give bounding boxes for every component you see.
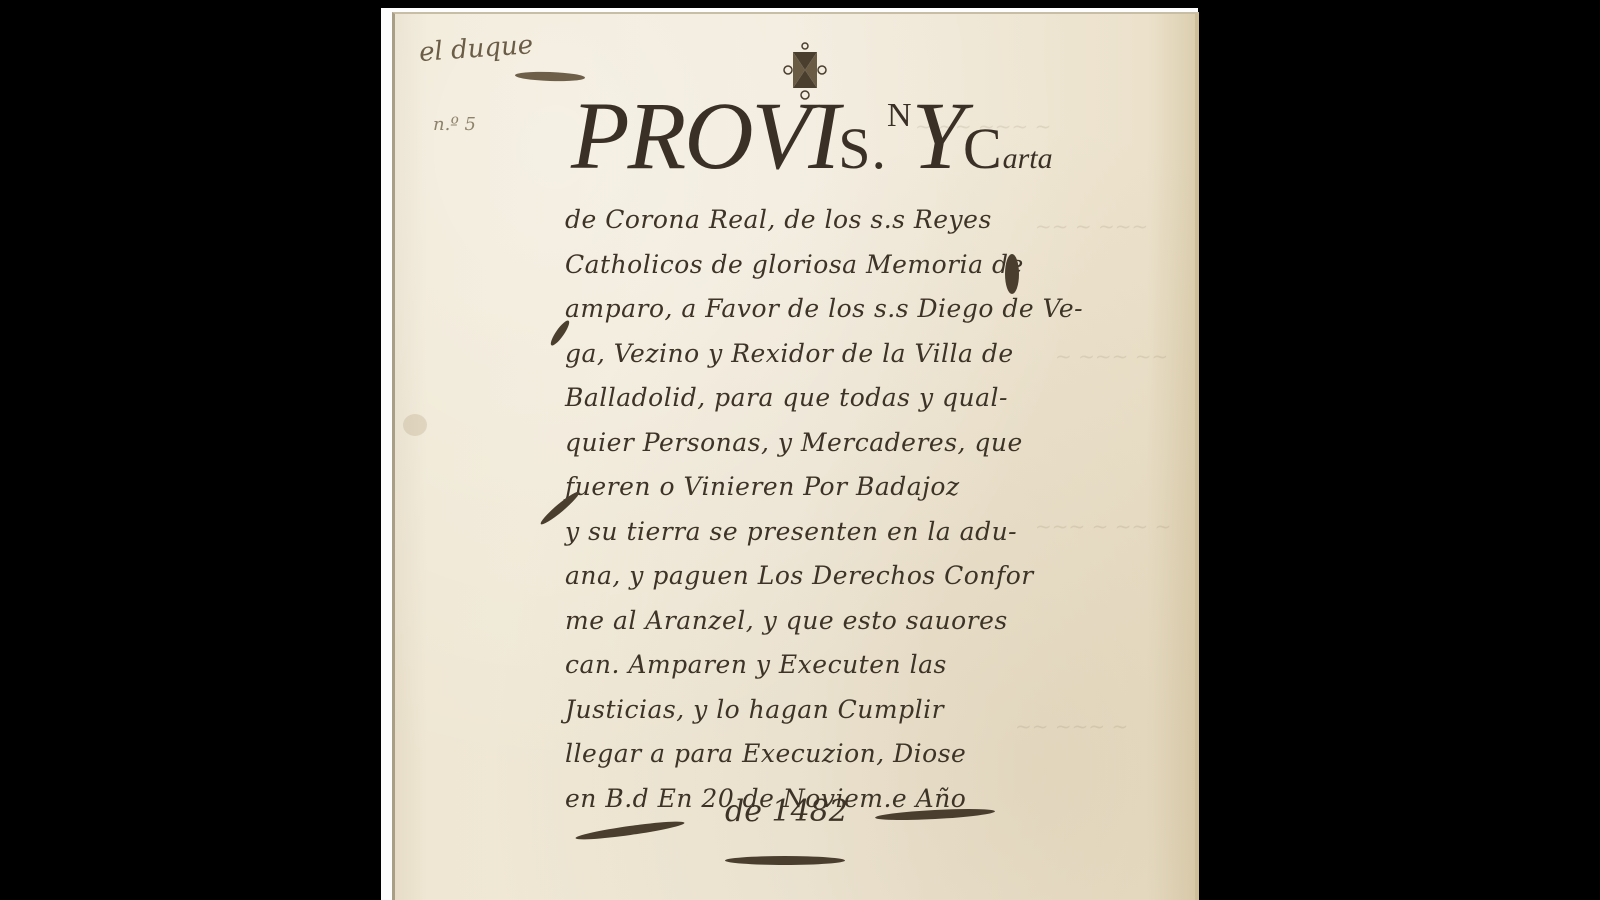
paper-stain [403, 414, 427, 436]
pen-flourish [1005, 254, 1019, 294]
manuscript-line: amparo, a Favor de los s.s Diego de Ve- [565, 287, 1085, 332]
manuscript-line: can. Amparen y Executen las [565, 643, 1085, 688]
title-y: Y [912, 82, 963, 189]
manuscript-line: ana, y paguen Los Derechos Confor [565, 554, 1085, 599]
manuscript-page: ~ ~~ ~~~ ~ ~~ ~ ~~~ ~ ~~~ ~~ ~~~ ~ ~~ ~ … [392, 12, 1199, 900]
manuscript-line: llegar a para Execuzion, Diose [565, 732, 1085, 777]
manuscript-line: Justicias, y lo hagan Cumplir [565, 688, 1085, 733]
manuscript-line: quier Personas, y Mercaderes, que [565, 421, 1085, 466]
document-year: de 1482 [725, 794, 848, 829]
manuscript-line: Balladolid, para que todas y qual- [565, 376, 1085, 421]
manuscript-line: ga, Vezino y Rexidor de la Villa de [565, 332, 1085, 377]
manuscript-line: de Corona Real, de los s.s Reyes [565, 198, 1085, 243]
margin-note: el duque [418, 30, 534, 68]
document-title: PROVIS.NYCarta [571, 80, 1053, 191]
title-s: S. [838, 116, 887, 181]
manuscript-line: fueren o Vinieren Por Badajoz [565, 465, 1085, 510]
title-c: C [963, 116, 1003, 181]
title-provi: PROVI [571, 82, 838, 189]
title-superscript: N [887, 97, 912, 134]
pen-flourish [725, 856, 845, 865]
margin-number: n.º 5 [433, 114, 476, 135]
manuscript-line: y su tierra se presenten en la adu- [565, 510, 1085, 555]
manuscript-body: de Corona Real, de los s.s Reyes Catholi… [565, 198, 1085, 821]
manuscript-line: me al Aranzel, y que esto sauores [565, 599, 1085, 644]
pen-flourish [575, 818, 685, 842]
title-arta: arta [1003, 142, 1053, 175]
